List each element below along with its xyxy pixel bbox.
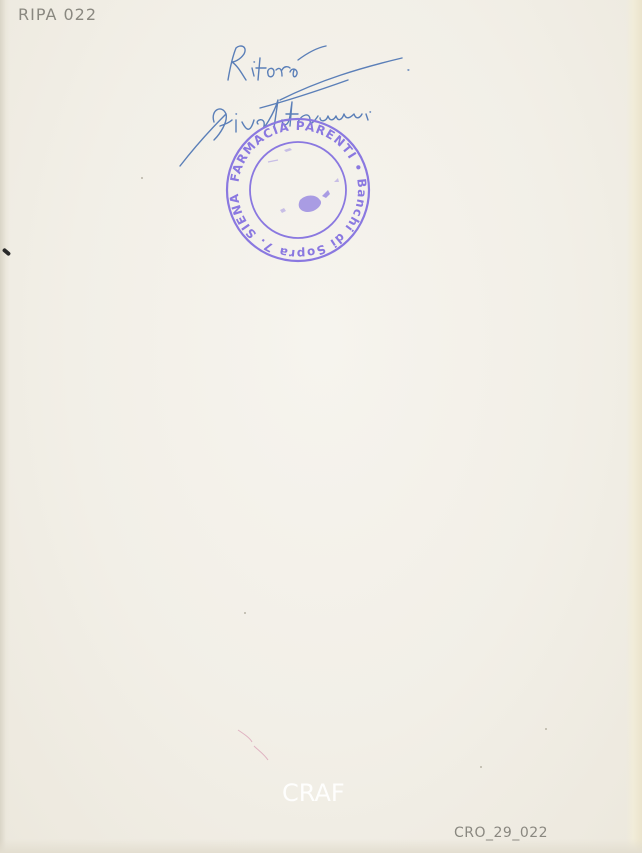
pharmacy-stamp: FARMACIA PARENTI • Banchi di Sopra 7. SI…	[224, 116, 372, 264]
paper-speck	[545, 728, 547, 730]
left-paper-edge	[0, 0, 10, 853]
bottom-paper-edge	[0, 839, 642, 853]
paper-speck	[141, 177, 143, 179]
archive-id-top: RIPA 022	[18, 5, 97, 24]
paper-speck	[244, 612, 246, 614]
archive-id-bottom: CRO_29_022	[454, 825, 548, 841]
photo-back-sheet: RIPA 022	[0, 0, 642, 853]
pink-ink-mark	[236, 728, 276, 768]
right-paper-edge	[626, 0, 642, 853]
paper-speck	[480, 766, 482, 768]
craf-watermark: CRAF	[282, 779, 345, 807]
